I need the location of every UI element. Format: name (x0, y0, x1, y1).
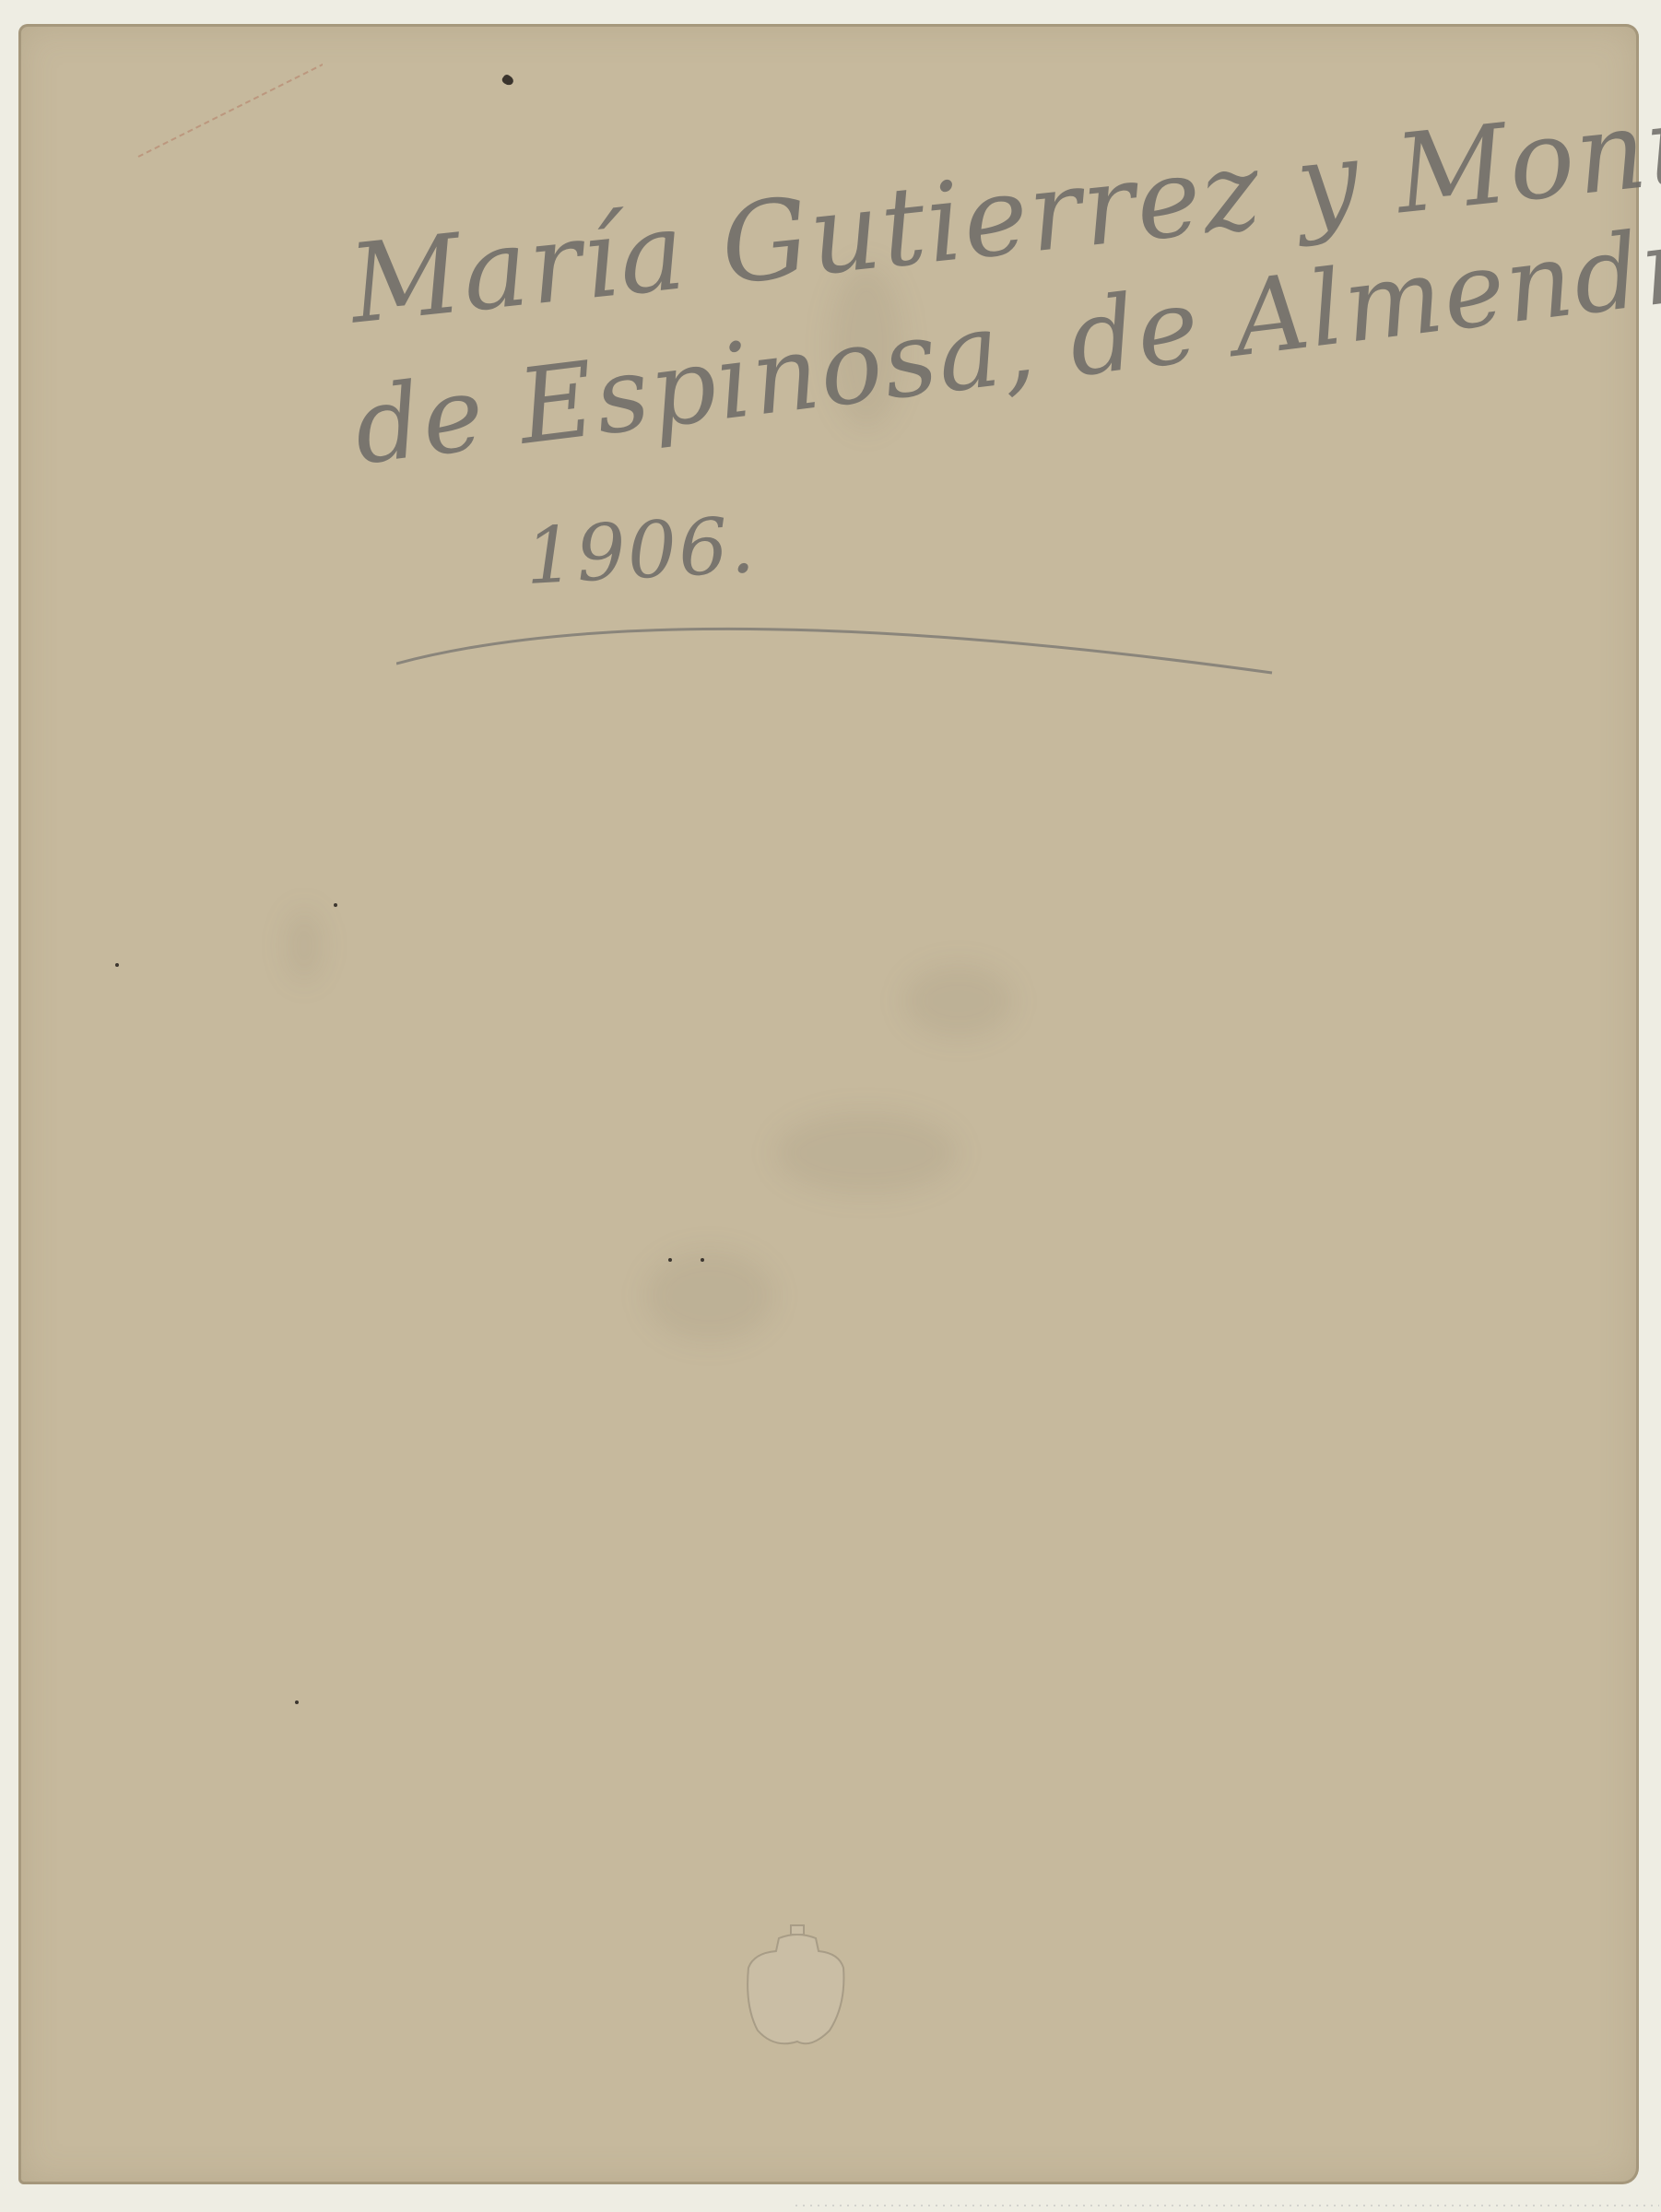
speck (115, 963, 119, 967)
embossed-crest-icon (737, 1922, 857, 2051)
speck (295, 1700, 299, 1704)
stain (286, 909, 323, 982)
faint-red-mark (46, 55, 323, 166)
speck (668, 1258, 672, 1262)
speck (701, 1258, 704, 1262)
stain (774, 1112, 959, 1194)
inscription-line-3: 1906. (523, 500, 758, 602)
stain (903, 964, 1014, 1038)
pencil-underline (396, 594, 1281, 677)
stain (645, 1250, 774, 1342)
scan-edge-strip (793, 2203, 1659, 2208)
speck (334, 903, 337, 907)
